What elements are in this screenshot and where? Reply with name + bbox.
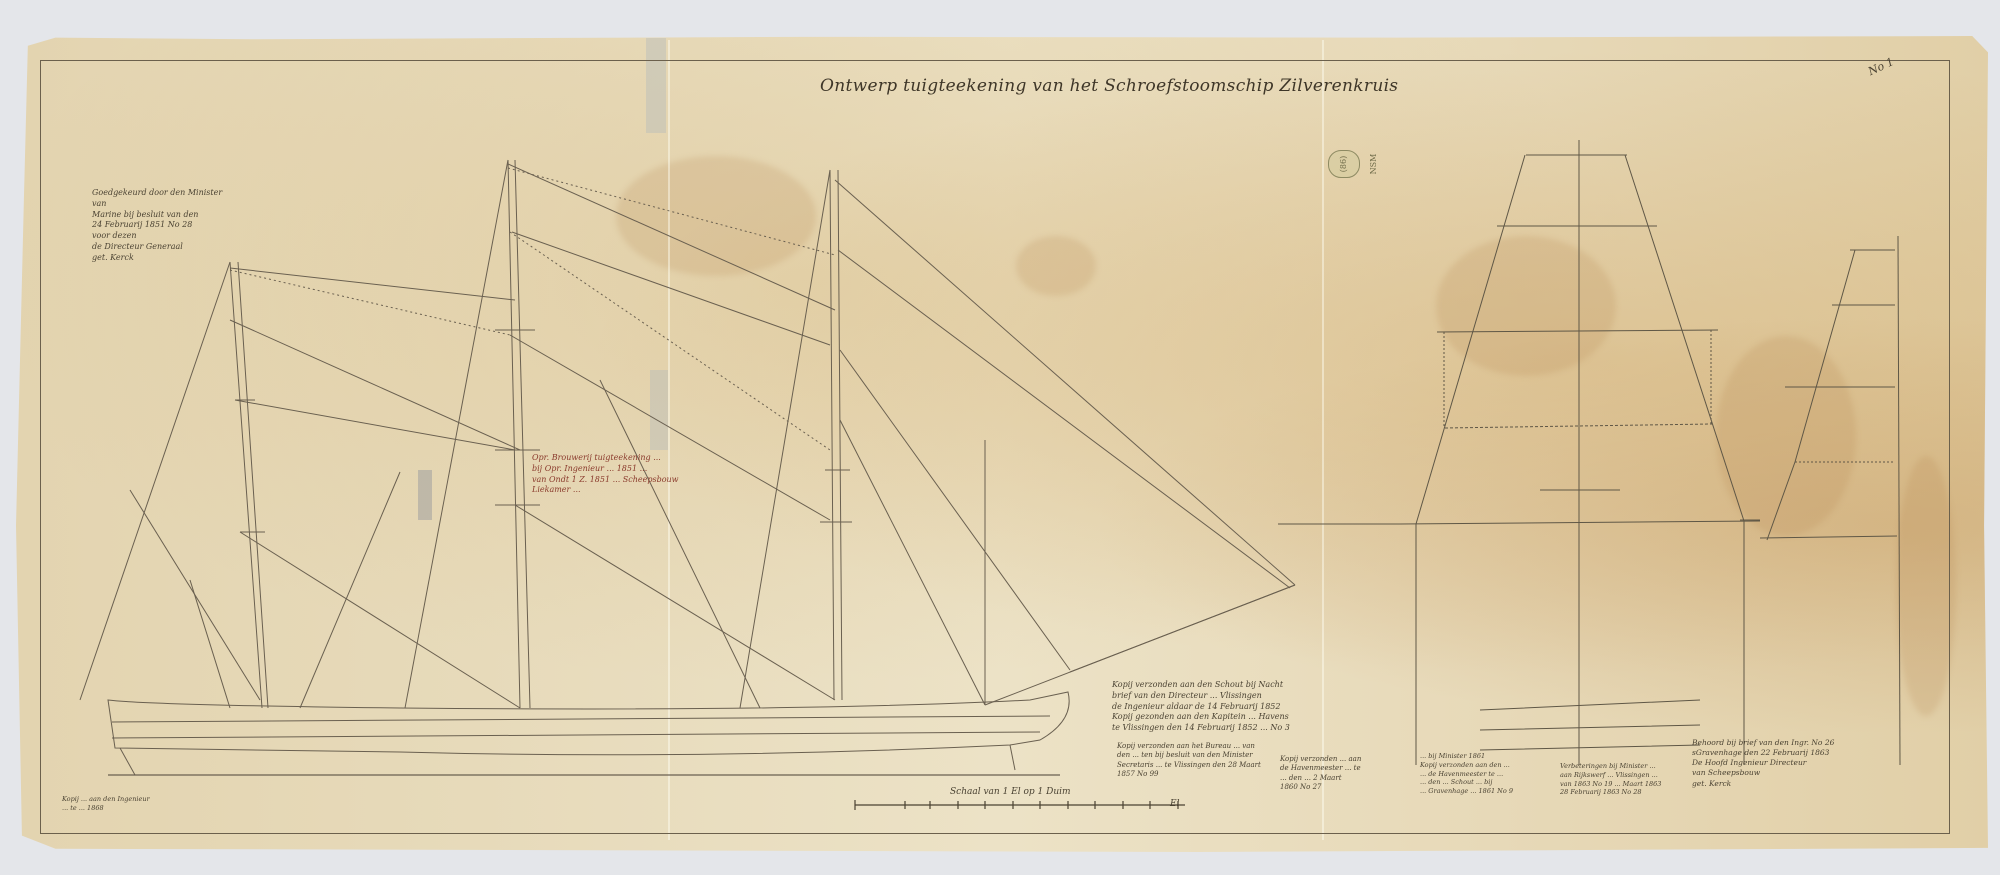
copy-note-1860: Kopij verzonden ... aan de Havenmeester … bbox=[1280, 755, 1390, 793]
approval-note-bottom-right: Behoord bij brief van den Ingr. No 26 sG… bbox=[1692, 738, 1842, 789]
approval-note-top-left: Goedgekeurd door den Minister van Marine… bbox=[92, 188, 232, 264]
scale-bar-label: Schaal van 1 El op 1 Duim bbox=[950, 786, 1071, 798]
copy-note-bottom-left: Kopij ... aan den Ingenieur ... te ... 1… bbox=[62, 795, 182, 813]
scale-unit-label: El bbox=[1170, 798, 1179, 810]
drawing-title: Ontwerp tuigteekening van het Schroefsto… bbox=[820, 75, 1398, 98]
red-ink-note: Opr. Brouwerij tuigteekening ... bij Opr… bbox=[532, 453, 712, 496]
collection-stamp: (86) NSM bbox=[1328, 150, 1360, 178]
correction-note-1863: Verbeteringen bij Minister ... aan Rijks… bbox=[1560, 762, 1680, 797]
copy-note-block: Kopij verzonden aan den Schout bij Nacht… bbox=[1112, 680, 1302, 734]
copy-note-1857: Kopij verzonden aan het Bureau ... van d… bbox=[1117, 742, 1277, 780]
copy-note-1861: ... bij Minister 1861 Kopij verzonden aa… bbox=[1420, 752, 1525, 796]
